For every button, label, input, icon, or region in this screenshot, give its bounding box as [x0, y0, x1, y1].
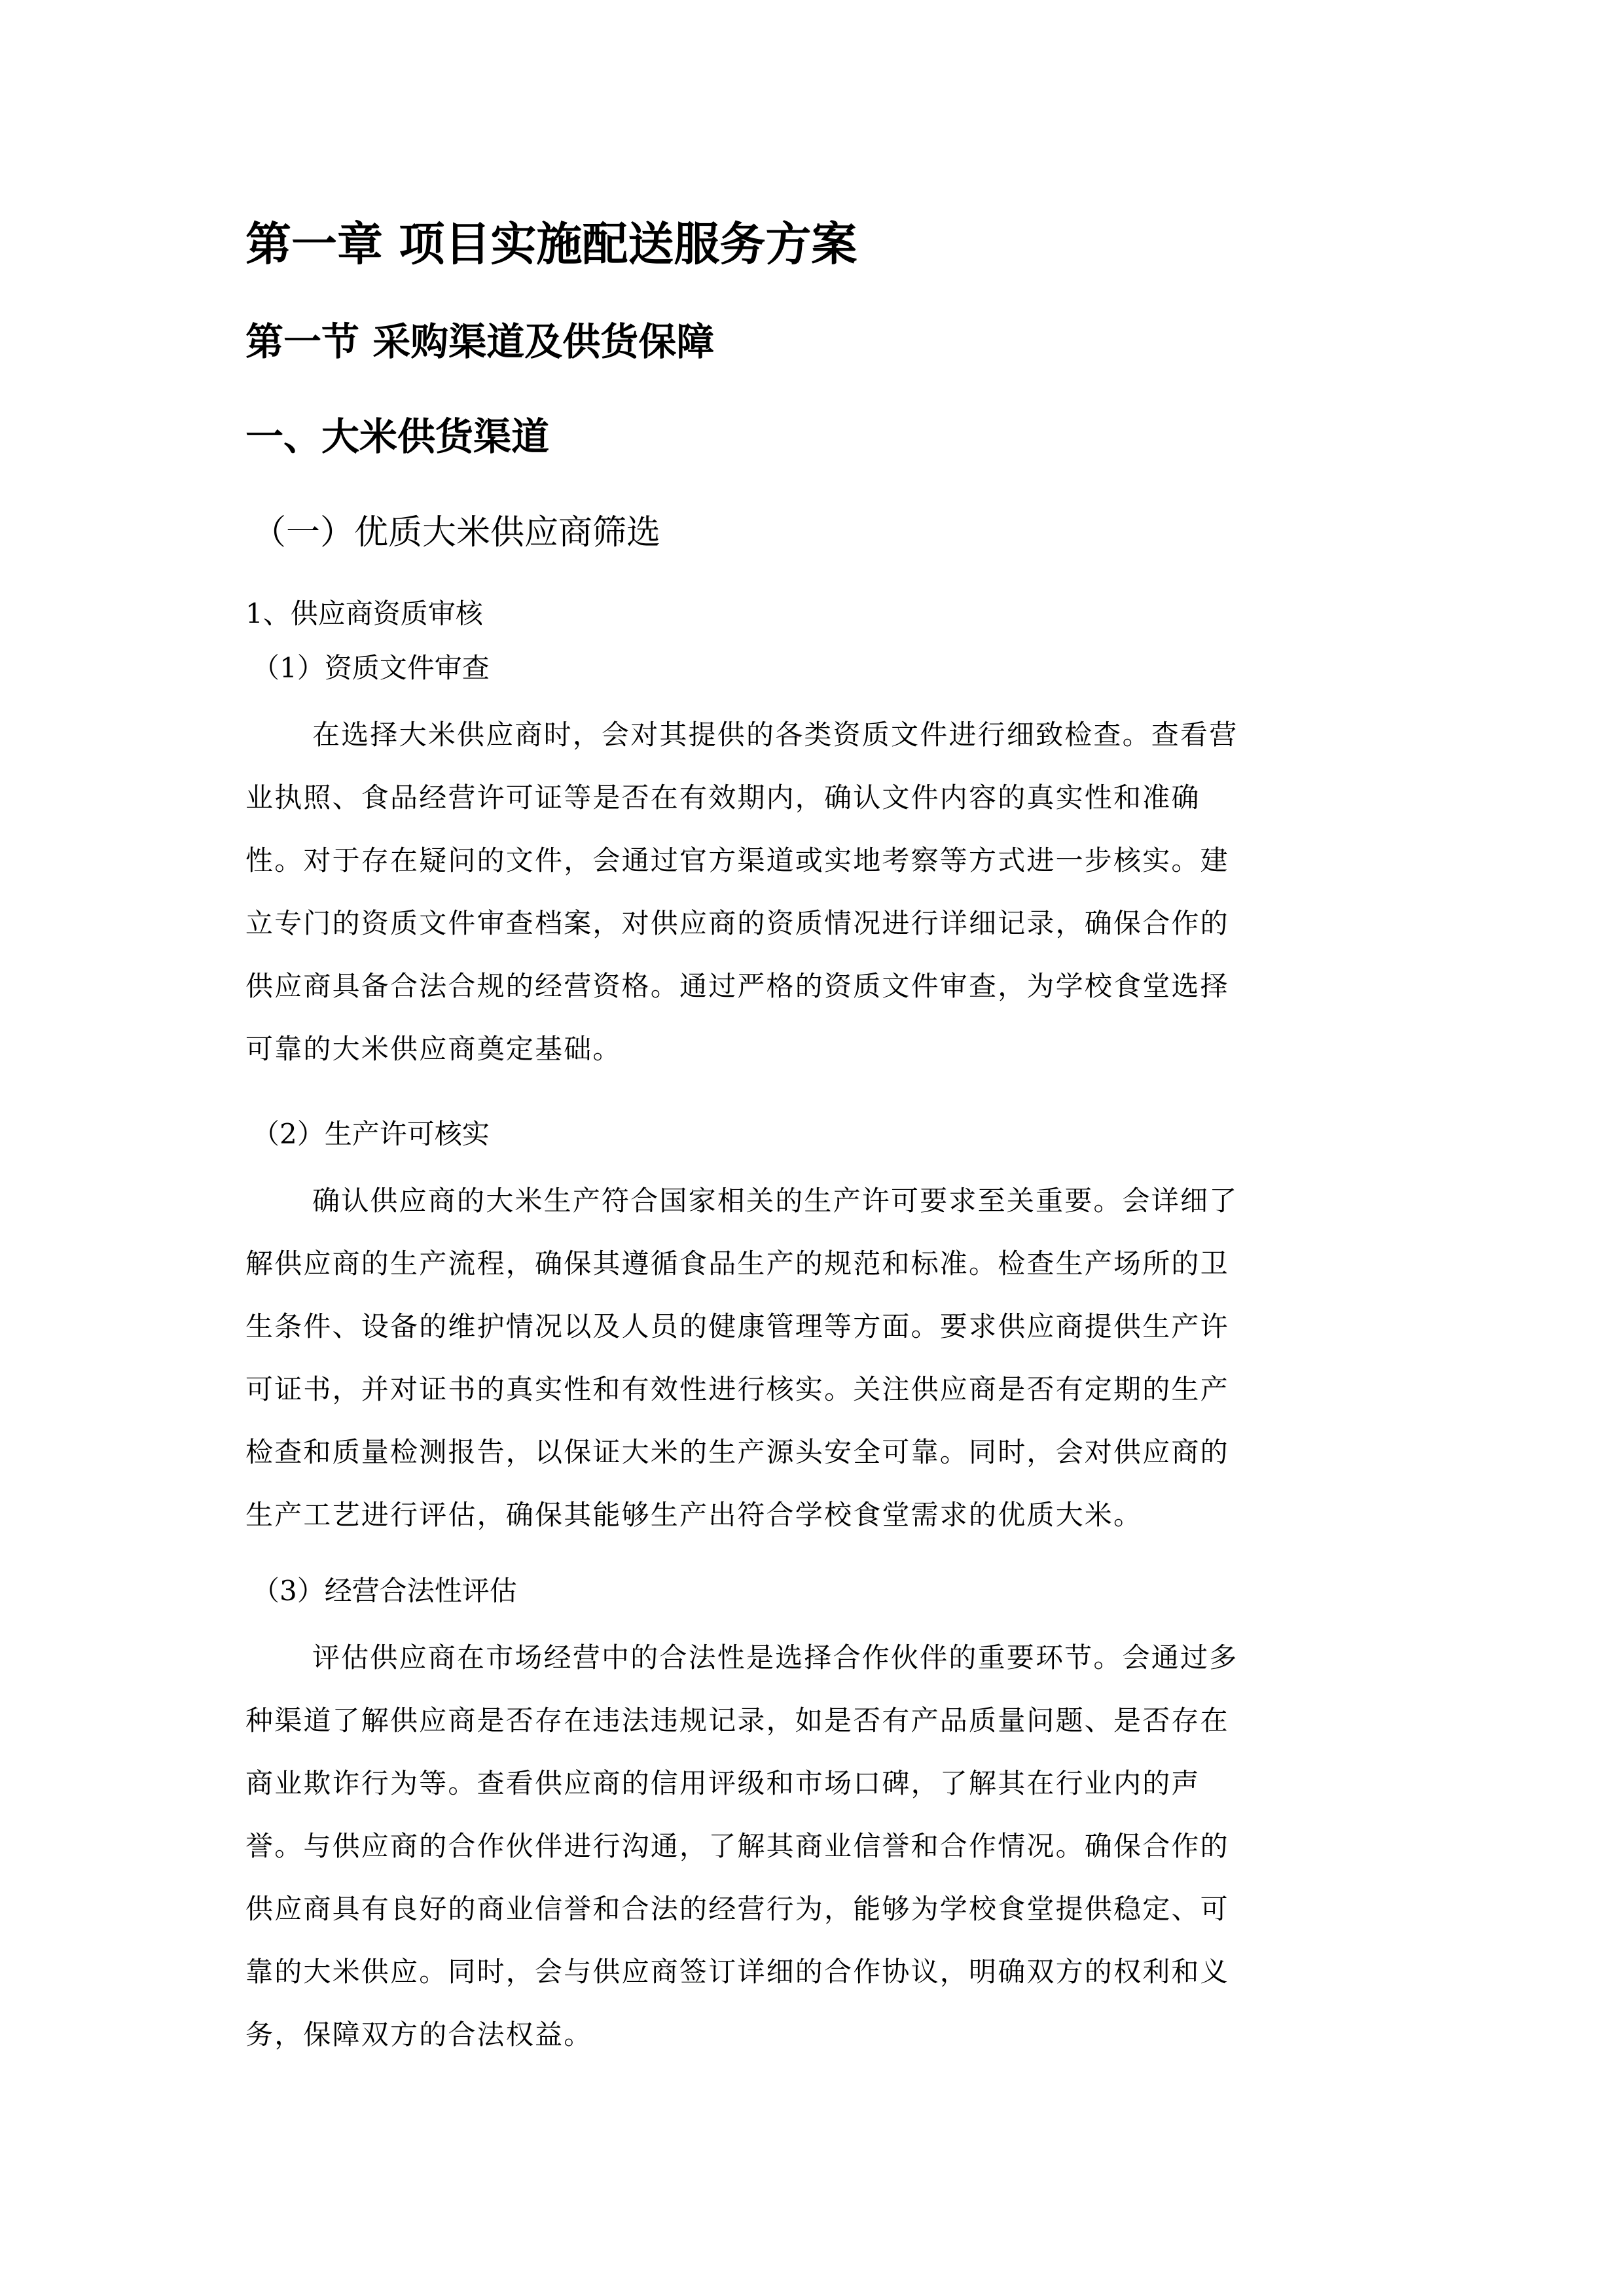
paragraph-line: 确认供应商的大米生产符合国家相关的生产许可要求至关重要。会详细了 [312, 1187, 1238, 1215]
section-title: 第一节 采购渠道及供货保障 [245, 323, 714, 361]
paragraph-line: 生产工艺进行评估，确保其能够生产出符合学校食堂需求的优质大米。 [245, 1501, 1142, 1529]
item-title: 1、供应商资质审核 [245, 600, 483, 628]
paragraph-line: 生条件、设备的维护情况以及人员的健康管理等方面。要求供应商提供生产许 [245, 1313, 1229, 1340]
document-page: 第一章 项目实施配送服务方案 第一节 采购渠道及供货保障 一、大米供货渠道 （一… [0, 0, 1624, 2296]
paragraph-line: 业执照、食品经营许可证等是否在有效期内，确认文件内容的真实性和准确 [245, 784, 1200, 812]
paragraph-line: 在选择大米供应商时，会对其提供的各类资质文件进行细致检查。查看营 [312, 721, 1238, 749]
paragraph-line: 解供应商的生产流程，确保其遵循食品生产的规范和标准。检查生产场所的卫 [245, 1250, 1229, 1278]
paragraph-line: 种渠道了解供应商是否存在违法违规记录，如是否有产品质量问题、是否存在 [245, 1707, 1229, 1734]
part-heading: （1）资质文件审查 [252, 655, 490, 682]
subsection-title: 一、大米供货渠道 [245, 418, 549, 456]
subsubsection-title: （一）优质大米供应商筛选 [252, 516, 660, 550]
paragraph-line: 商业欺诈行为等。查看供应商的信用评级和市场口碑，了解其在行业内的声 [245, 1770, 1200, 1797]
paragraph-line: 立专门的资质文件审查档案，对供应商的资质情况进行详细记录，确保合作的 [245, 910, 1229, 937]
paragraph-line: 供应商具备合法合规的经营资格。通过严格的资质文件审查，为学校食堂选择 [245, 973, 1229, 1000]
paragraph-line: 务，保障双方的合法权益。 [245, 2021, 592, 2049]
chapter-title: 第一章 项目实施配送服务方案 [245, 221, 857, 267]
paragraph-line: 靠的大米供应。同时，会与供应商签订详细的合作协议，明确双方的权利和义 [245, 1958, 1229, 1986]
paragraph-line: 誉。与供应商的合作伙伴进行沟通，了解其商业信誉和合作情况。确保合作的 [245, 1833, 1229, 1860]
paragraph-line: 评估供应商在市场经营中的合法性是选择合作伙伴的重要环节。会通过多 [312, 1644, 1238, 1672]
part-heading: （3）经营合法性评估 [252, 1577, 517, 1605]
paragraph-line: 可靠的大米供应商奠定基础。 [245, 1035, 622, 1063]
paragraph-line: 供应商具有良好的商业信誉和合法的经营行为，能够为学校食堂提供稳定、可 [245, 1895, 1229, 1923]
part-heading: （2）生产许可核实 [252, 1121, 490, 1148]
paragraph-line: 检查和质量检测报告，以保证大米的生产源头安全可靠。同时，会对供应商的 [245, 1439, 1229, 1466]
paragraph-line: 性。对于存在疑问的文件，会通过官方渠道或实地考察等方式进一步核实。建 [245, 847, 1229, 874]
paragraph-line: 可证书，并对证书的真实性和有效性进行核实。关注供应商是否有定期的生产 [245, 1376, 1229, 1403]
